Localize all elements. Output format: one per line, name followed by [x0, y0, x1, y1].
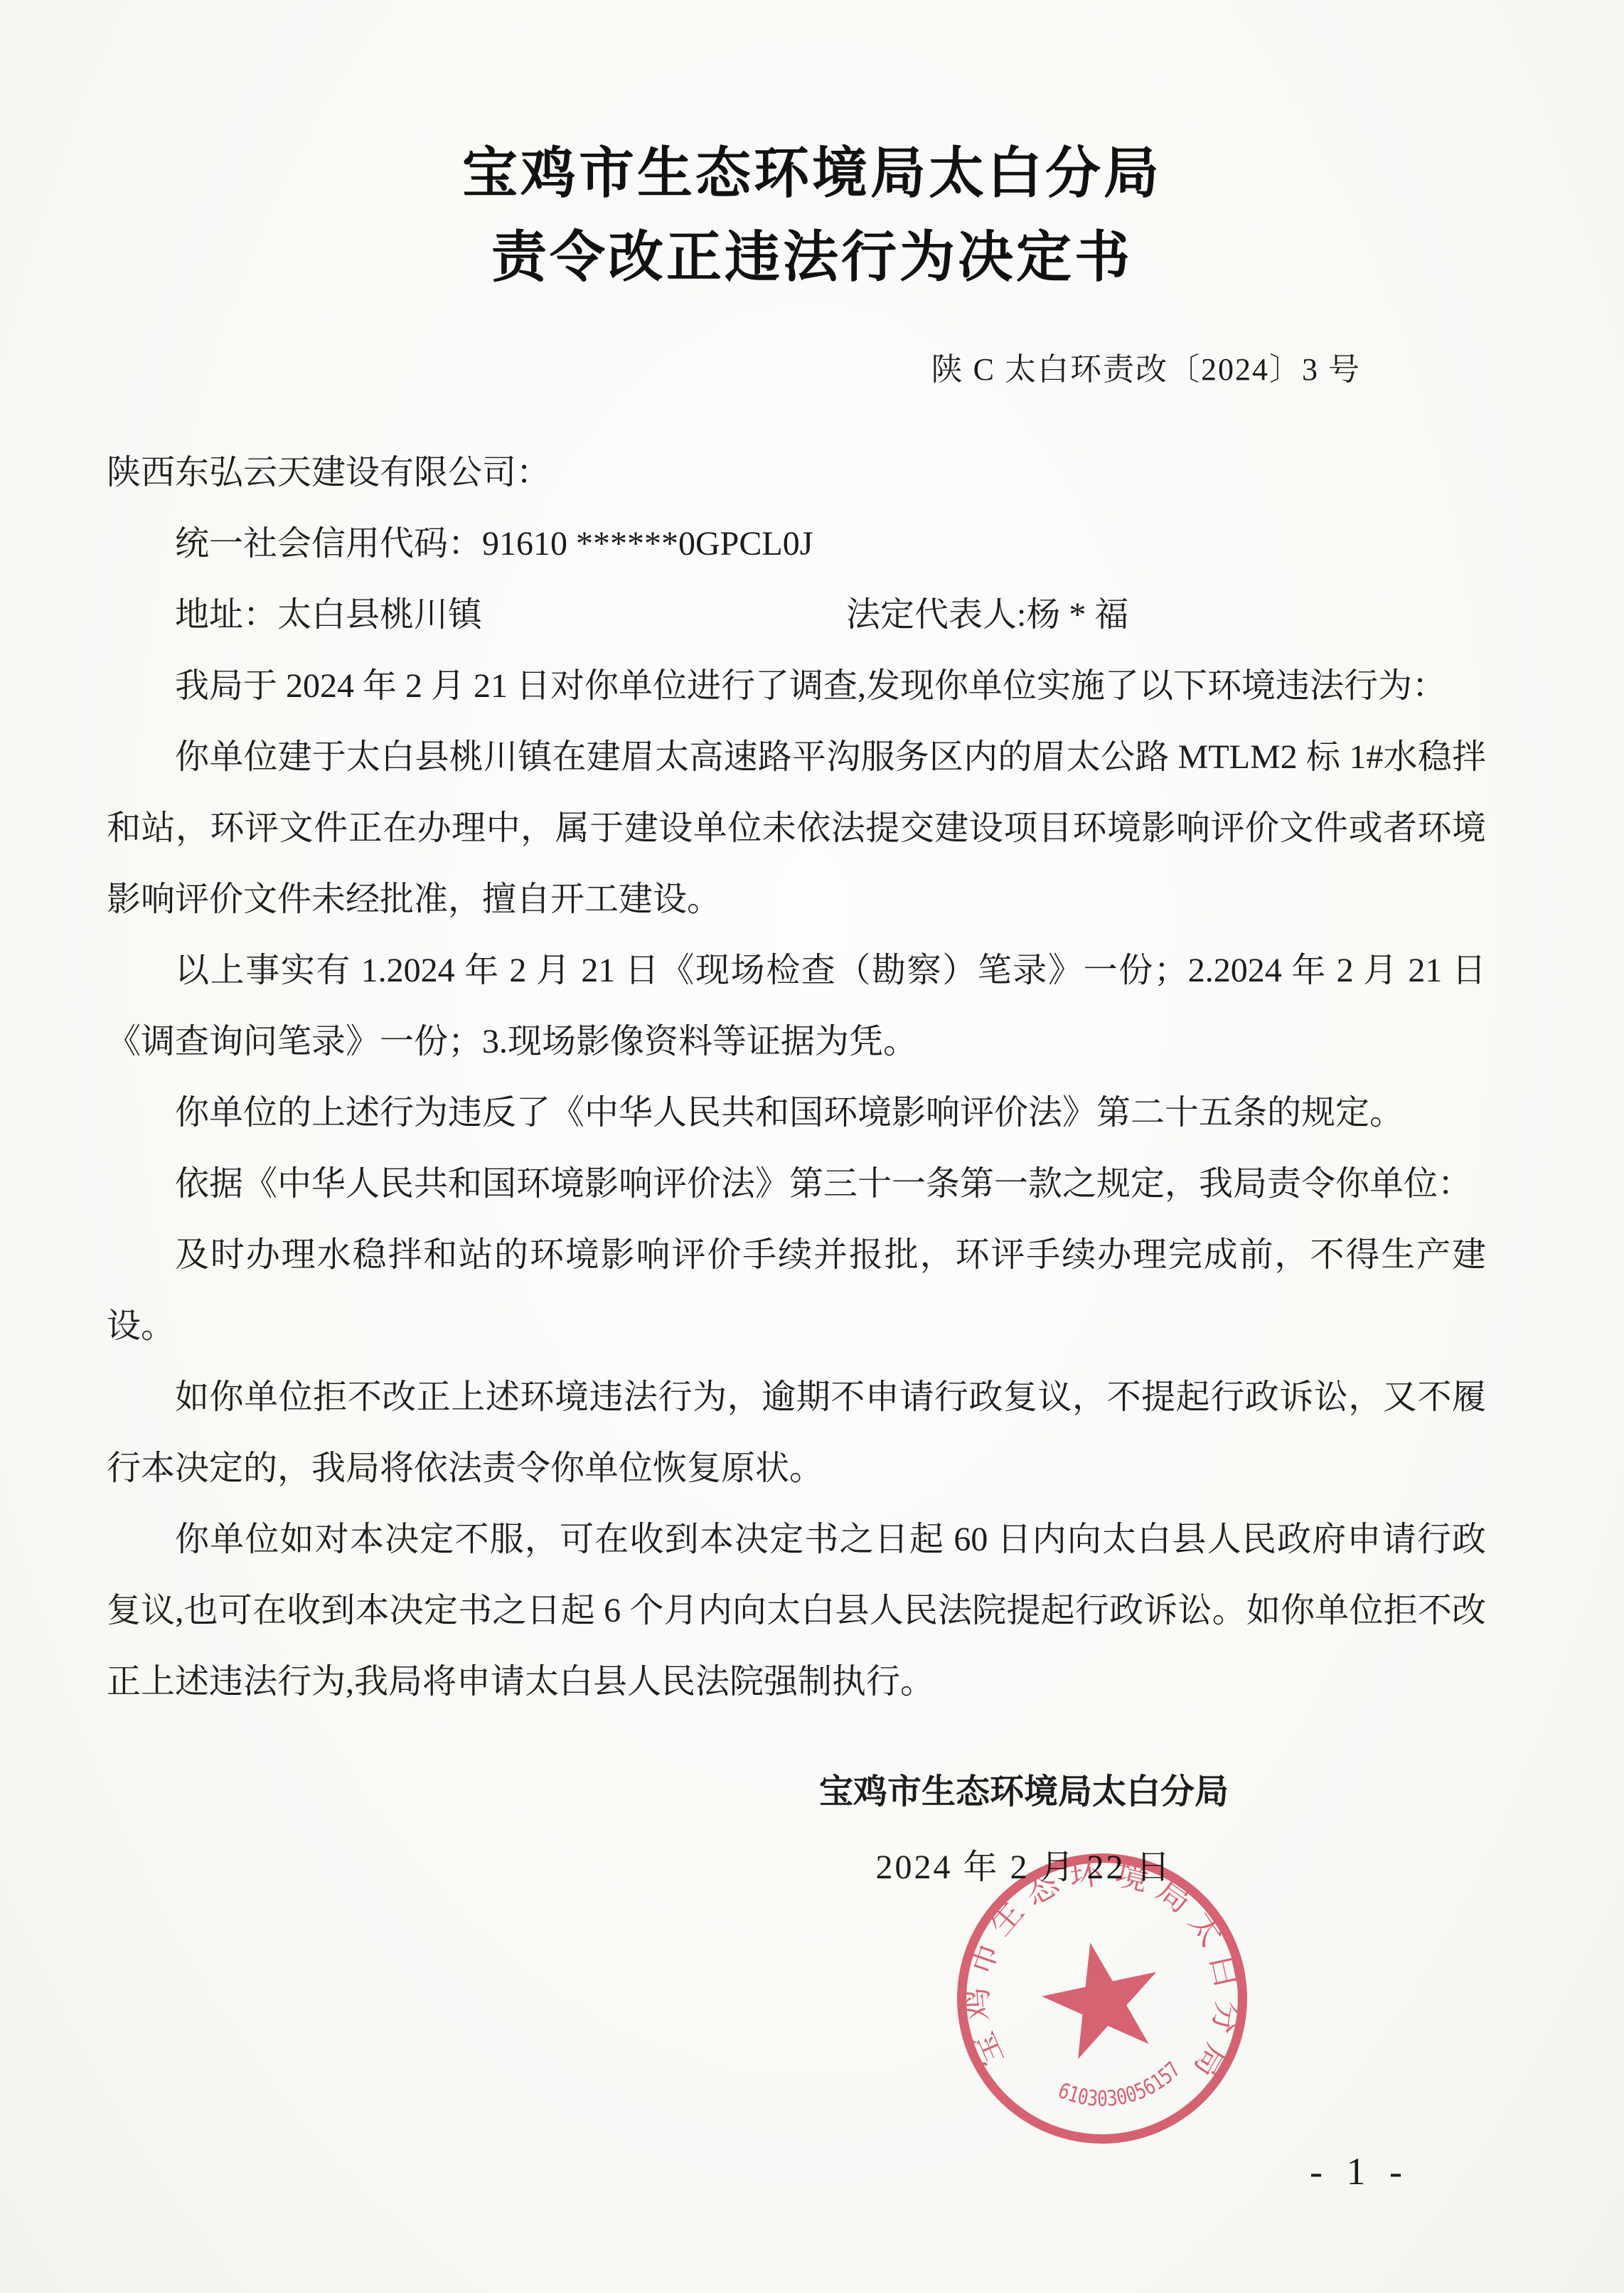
- legal-representative: 法定代表人:杨 * 福: [846, 580, 1128, 651]
- signature-date: 2024 年 2 月 22 日: [768, 1828, 1280, 1908]
- credit-code-line: 统一社会信用代码：91610 ******0GPCL0J: [107, 509, 1486, 580]
- signature-block: 宝鸡市生态环境局太白分局 2024 年 2 月 22 日: [768, 1757, 1280, 1908]
- paragraph: 如你单位拒不改正上述环境违法行为，逾期不申请行政复议，不提起行政诉讼，又不履行本…: [107, 1362, 1486, 1504]
- address-label: 地址：太白县桃川镇: [175, 596, 482, 634]
- address-row: 地址：太白县桃川镇 法定代表人:杨 * 福: [107, 580, 1486, 651]
- document-page: 宝鸡市生态环境局太白分局 责令改正违法行为决定书 陕 C 太白环责改〔2024〕…: [0, 0, 1624, 2293]
- paragraph: 你单位的上述行为违反了《中华人民共和国环境影响评价法》第二十五条的规定。: [107, 1078, 1486, 1149]
- paragraph: 你单位如对本决定不服，可在收到本决定书之日起 60 日内向太白县人民政府申请行政…: [107, 1504, 1486, 1718]
- paragraph: 你单位建于太白县桃川镇在建眉太高速路平沟服务区内的眉太公路 MTLM2 标 1#…: [107, 722, 1486, 935]
- paragraph: 以上事实有 1.2024 年 2 月 21 日《现场检查（勘察）笔录》一份；2.…: [107, 935, 1486, 1078]
- page-number: - 1 -: [1310, 2149, 1409, 2193]
- seal-code-text: 6103030056157: [1050, 2053, 1190, 2123]
- title-line-2: 责令改正违法行为决定书: [0, 216, 1624, 299]
- paragraph: 及时办理水稳拌和站的环境影响评价手续并报批，环评手续办理完成前，不得生产建设。: [107, 1220, 1486, 1362]
- svg-text:6103030056157: 6103030056157: [1050, 2053, 1190, 2123]
- signature-org: 宝鸡市生态环境局太白分局: [768, 1757, 1280, 1828]
- document-title: 宝鸡市生态环境局太白分局 责令改正违法行为决定书: [0, 0, 1624, 299]
- recipient-line: 陕西东弘云天建设有限公司：: [107, 437, 1486, 509]
- paragraph: 依据《中华人民共和国环境影响评价法》第三十一条第一款之规定，我局责令你单位：: [107, 1149, 1486, 1220]
- body-paragraphs: 我局于 2024 年 2 月 21 日对你单位进行了调查,发现你单位实施了以下环…: [107, 651, 1486, 1718]
- title-line-1: 宝鸡市生态环境局太白分局: [0, 132, 1624, 216]
- document-number: 陕 C 太白环责改〔2024〕3 号: [0, 344, 1624, 389]
- document-body: 陕西东弘云天建设有限公司： 统一社会信用代码：91610 ******0GPCL…: [107, 437, 1486, 1718]
- paragraph: 我局于 2024 年 2 月 21 日对你单位进行了调查,发现你单位实施了以下环…: [107, 651, 1486, 722]
- seal-star-icon: [1033, 1930, 1171, 2064]
